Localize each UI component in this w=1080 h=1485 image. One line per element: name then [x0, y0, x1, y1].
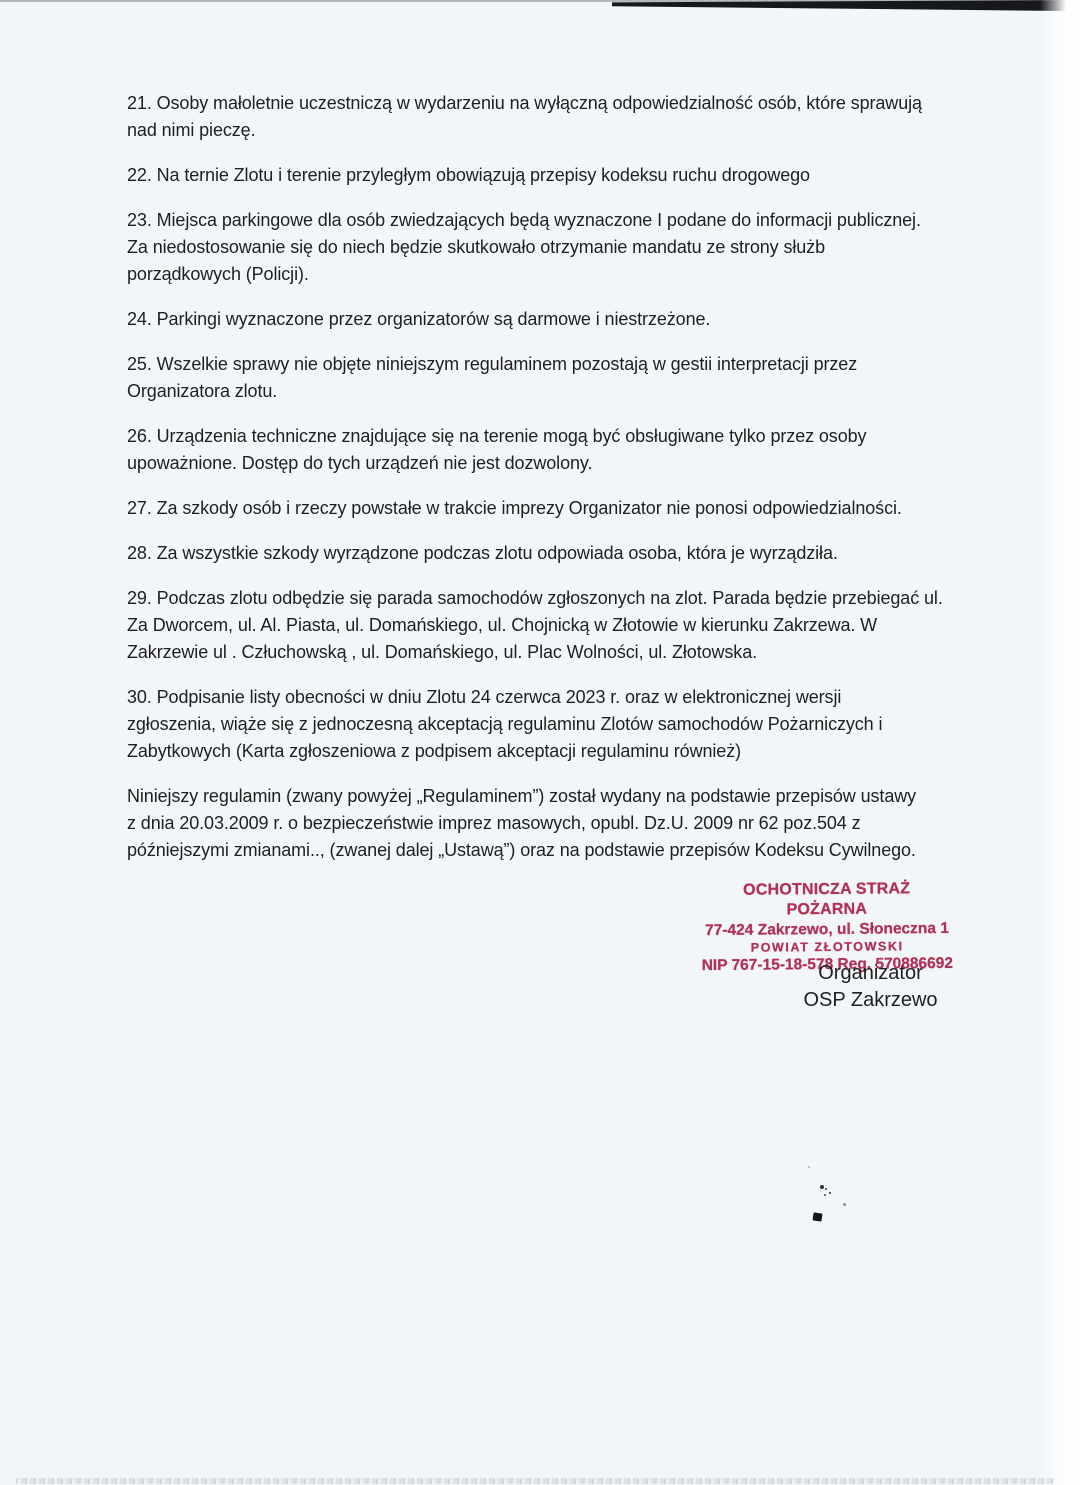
ink-speck — [812, 1212, 822, 1221]
regulation-paragraph: 25. Wszelkie sprawy nie objęte niniejszy… — [127, 351, 1032, 405]
ink-speck — [808, 1166, 810, 1168]
scan-bottom-edge — [16, 1478, 1054, 1484]
regulation-paragraph: 28. Za wszystkie szkody wyrządzone podcz… — [127, 540, 1032, 567]
regulation-paragraph: 30. Podpisanie listy obecności w dniu Zl… — [127, 684, 1032, 765]
document-text: 21. Osoby małoletnie uczestniczą w wydar… — [127, 36, 1032, 882]
regulation-paragraph: 24. Parkingi wyznaczone przez organizato… — [127, 306, 1032, 333]
regulation-paragraph: 29. Podczas zlotu odbędzie się parada sa… — [127, 585, 1032, 666]
signature-block: Organizator OSP Zakrzewo — [783, 960, 958, 1014]
regulation-paragraph: 27. Za szkody osób i rzeczy powstałe w t… — [127, 495, 1032, 522]
signature-name: OSP Zakrzewo — [783, 987, 958, 1014]
ink-speck — [843, 1203, 846, 1206]
regulation-paragraph: 21. Osoby małoletnie uczestniczą w wydar… — [127, 90, 1032, 144]
regulation-paragraph: Niniejszy regulamin (zwany powyżej „Regu… — [127, 783, 1032, 864]
signature-role: Organizator — [783, 960, 958, 987]
ink-speck — [820, 1185, 824, 1189]
regulation-paragraph: 23. Miejsca parkingowe dla osób zwiedzaj… — [127, 207, 1032, 288]
regulation-paragraph: 26. Urządzenia techniczne znajdujące się… — [127, 423, 1032, 477]
stamp-address: 77-424 Zakrzewo, ul. Słoneczna 1 — [701, 919, 953, 940]
scan-right-margin — [1040, 0, 1080, 1485]
regulation-paragraph: 22. Na ternie Zlotu i terenie przyległym… — [127, 162, 1032, 189]
scanned-document-page: 21. Osoby małoletnie uczestniczą w wydar… — [0, 0, 1080, 1485]
stamp-organization-name: OCHOTNICZA STRAŻ POŻARNA — [701, 879, 953, 921]
